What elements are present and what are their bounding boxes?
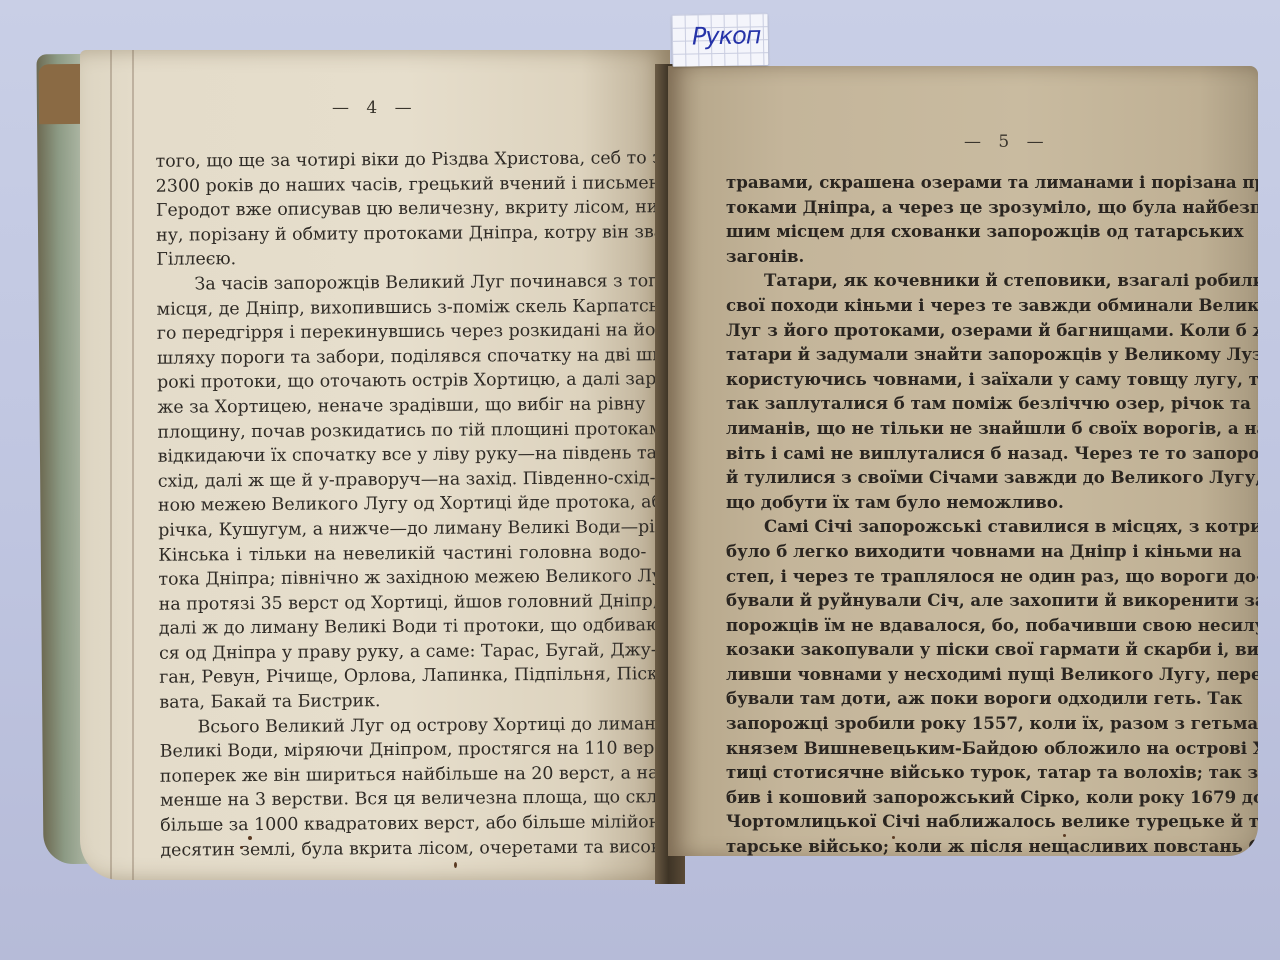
text-line: же за Хортицею, неначе зрадівши, що вибі…: [157, 392, 645, 420]
text-line: загонів.: [726, 244, 1224, 269]
text-line: За часів запорожців Великий Луг починавс…: [156, 269, 644, 297]
text-line: бували там доти, аж поки вороги одходили…: [726, 686, 1224, 711]
text-line: Великі Води, міряючи Дніпром, простягся …: [160, 737, 648, 765]
text-line: річка, Кушугум, а нижче—до лиману Великі…: [158, 515, 646, 543]
text-line: тока Дніпра; північно ж західною межею В…: [158, 564, 646, 592]
ink-speck: [454, 862, 457, 868]
page-number: — 4 —: [332, 98, 418, 118]
text-line: татари й задумали знайти запорожців у Ве…: [726, 342, 1224, 367]
ink-speck: [248, 836, 252, 840]
handwritten-label-sticker: Рукоп: [672, 13, 769, 67]
text-line: Луг з його протоками, озерами й багнищам…: [726, 318, 1224, 343]
text-line: Гіллеєю.: [156, 245, 644, 273]
text-line: віть і самі не виплуталися б назад. Чере…: [726, 441, 1224, 466]
text-line: козаки закопували у піски свої гармати й…: [726, 637, 1224, 662]
left-page: — 4 — того, що ще за чотирі віки до Різд…: [80, 50, 670, 880]
page-edge-line: [110, 50, 112, 880]
text-line: на протязі 35 верст од Хортиці, йшов гол…: [159, 589, 647, 617]
text-line: користуючись човнами, і заїхали у саму т…: [726, 367, 1224, 392]
text-line: шляху пороги та забори, поділявся спочат…: [157, 343, 645, 371]
text-line: ся од Дніпра у праву руку, а саме: Тарас…: [159, 638, 647, 666]
text-line: Всього Великий Луг од острову Хортиці до…: [159, 712, 647, 740]
text-line: Татари, як кочевники й степовики, взагал…: [726, 268, 1224, 293]
text-line: шим місцем для схованки запорожців од та…: [726, 219, 1224, 244]
text-line: токами Дніпра, а через це зрозуміло, що …: [726, 195, 1224, 220]
text-line: Чортомлицької Січі наближалось велике ту…: [726, 809, 1224, 834]
text-line: степ, і через те траплялося не один раз,…: [726, 564, 1224, 589]
text-line: було б легко виходити човнами на Дніпр і…: [726, 539, 1224, 564]
page-body-text: того, що ще за чотирі віки до Різдва Хри…: [156, 146, 649, 863]
text-line: порожців їм не вдавалося, бо, побачивши …: [726, 613, 1224, 638]
open-book: — 4 — того, що ще за чотирі віки до Різд…: [40, 44, 1270, 894]
text-line: ган, Ревун, Річище, Орлова, Лапинка, Під…: [159, 663, 647, 691]
text-line: ну, порізану й обмиту протоками Дніпра, …: [156, 220, 644, 248]
text-line: так заплуталися б там поміж безліччю озе…: [726, 391, 1224, 416]
text-line: князем Вишневецьким-Байдою обложило на о…: [726, 736, 1224, 761]
text-line: далі ж до лиману Великі Води ті протоки,…: [159, 614, 647, 642]
ink-speck: [240, 846, 243, 849]
text-line: й тулилися з своїми Січами завжди до Вел…: [726, 465, 1224, 490]
text-line: го передгірря і перекинувшись через розк…: [157, 318, 645, 346]
text-line: Кінська і тільки на невеликій частині го…: [158, 540, 646, 568]
text-line: ною межею Великого Лугу од Хортиці йде п…: [158, 491, 646, 519]
text-line: місця, де Дніпр, вихопившись з-поміж ске…: [157, 294, 645, 322]
ink-speck: [1063, 834, 1066, 837]
text-line: відкидаючи їх спочатку все у ліву руку—н…: [158, 441, 646, 469]
text-line: рокі протоки, що оточають острів Хортицю…: [157, 368, 645, 396]
page-body-text: травами, скрашена озерами та лиманами і …: [726, 170, 1224, 856]
text-line: Геродот вже описував цю величезну, вкрит…: [156, 195, 644, 223]
text-line: Самі Січі запорожські ставилися в місцях…: [726, 514, 1224, 539]
text-line: свої походи кіньми і через те завжди обм…: [726, 293, 1224, 318]
text-line: бив і кошовий запорожський Сірко, коли р…: [726, 785, 1224, 810]
text-line: поперек же він шириться найбільше на 20 …: [160, 761, 648, 789]
ink-speck: [892, 836, 895, 839]
text-line: запорожці зробили року 1557, коли їх, ра…: [726, 711, 1224, 736]
text-line: того, що ще за чотирі віки до Різдва Хри…: [156, 146, 644, 174]
text-line: тиці стотисячне військо турок, татар та …: [726, 760, 1224, 785]
text-line: десятин землі, була вкрита лісом, очерет…: [160, 835, 648, 863]
text-line: площину, почав розкидатись по тій площин…: [157, 417, 645, 445]
text-line: лиманів, що не тільки не знайшли б своїх…: [726, 416, 1224, 441]
text-line: схід, далі ж ще й у-праворуч—на захід. П…: [158, 466, 646, 494]
sticker-label: Рукоп: [692, 21, 761, 50]
page-edge-line: [132, 50, 134, 880]
text-line: бували й руйнували Січ, але захопити й в…: [726, 588, 1224, 613]
text-line: травами, скрашена озерами та лиманами і …: [726, 170, 1224, 195]
text-line: менше на 3 верстви. Вся ця величезна пло…: [160, 786, 648, 814]
text-line: 2300 років до наших часів, грецький вчен…: [156, 171, 644, 199]
text-line: більше за 1000 квадратових верст, або бі…: [160, 810, 648, 838]
text-line: ливши човнами у несходимі пущі Великого …: [726, 662, 1224, 687]
text-line: тарське військо; коли ж після нещасливих…: [726, 834, 1224, 856]
right-page: — 5 — травами, скрашена озерами та лиман…: [668, 66, 1258, 856]
page-number: — 5 —: [964, 132, 1050, 152]
text-line: вата, Бакай та Бистрик.: [159, 687, 647, 715]
text-line: що добути їх там було неможливо.: [726, 490, 1224, 515]
